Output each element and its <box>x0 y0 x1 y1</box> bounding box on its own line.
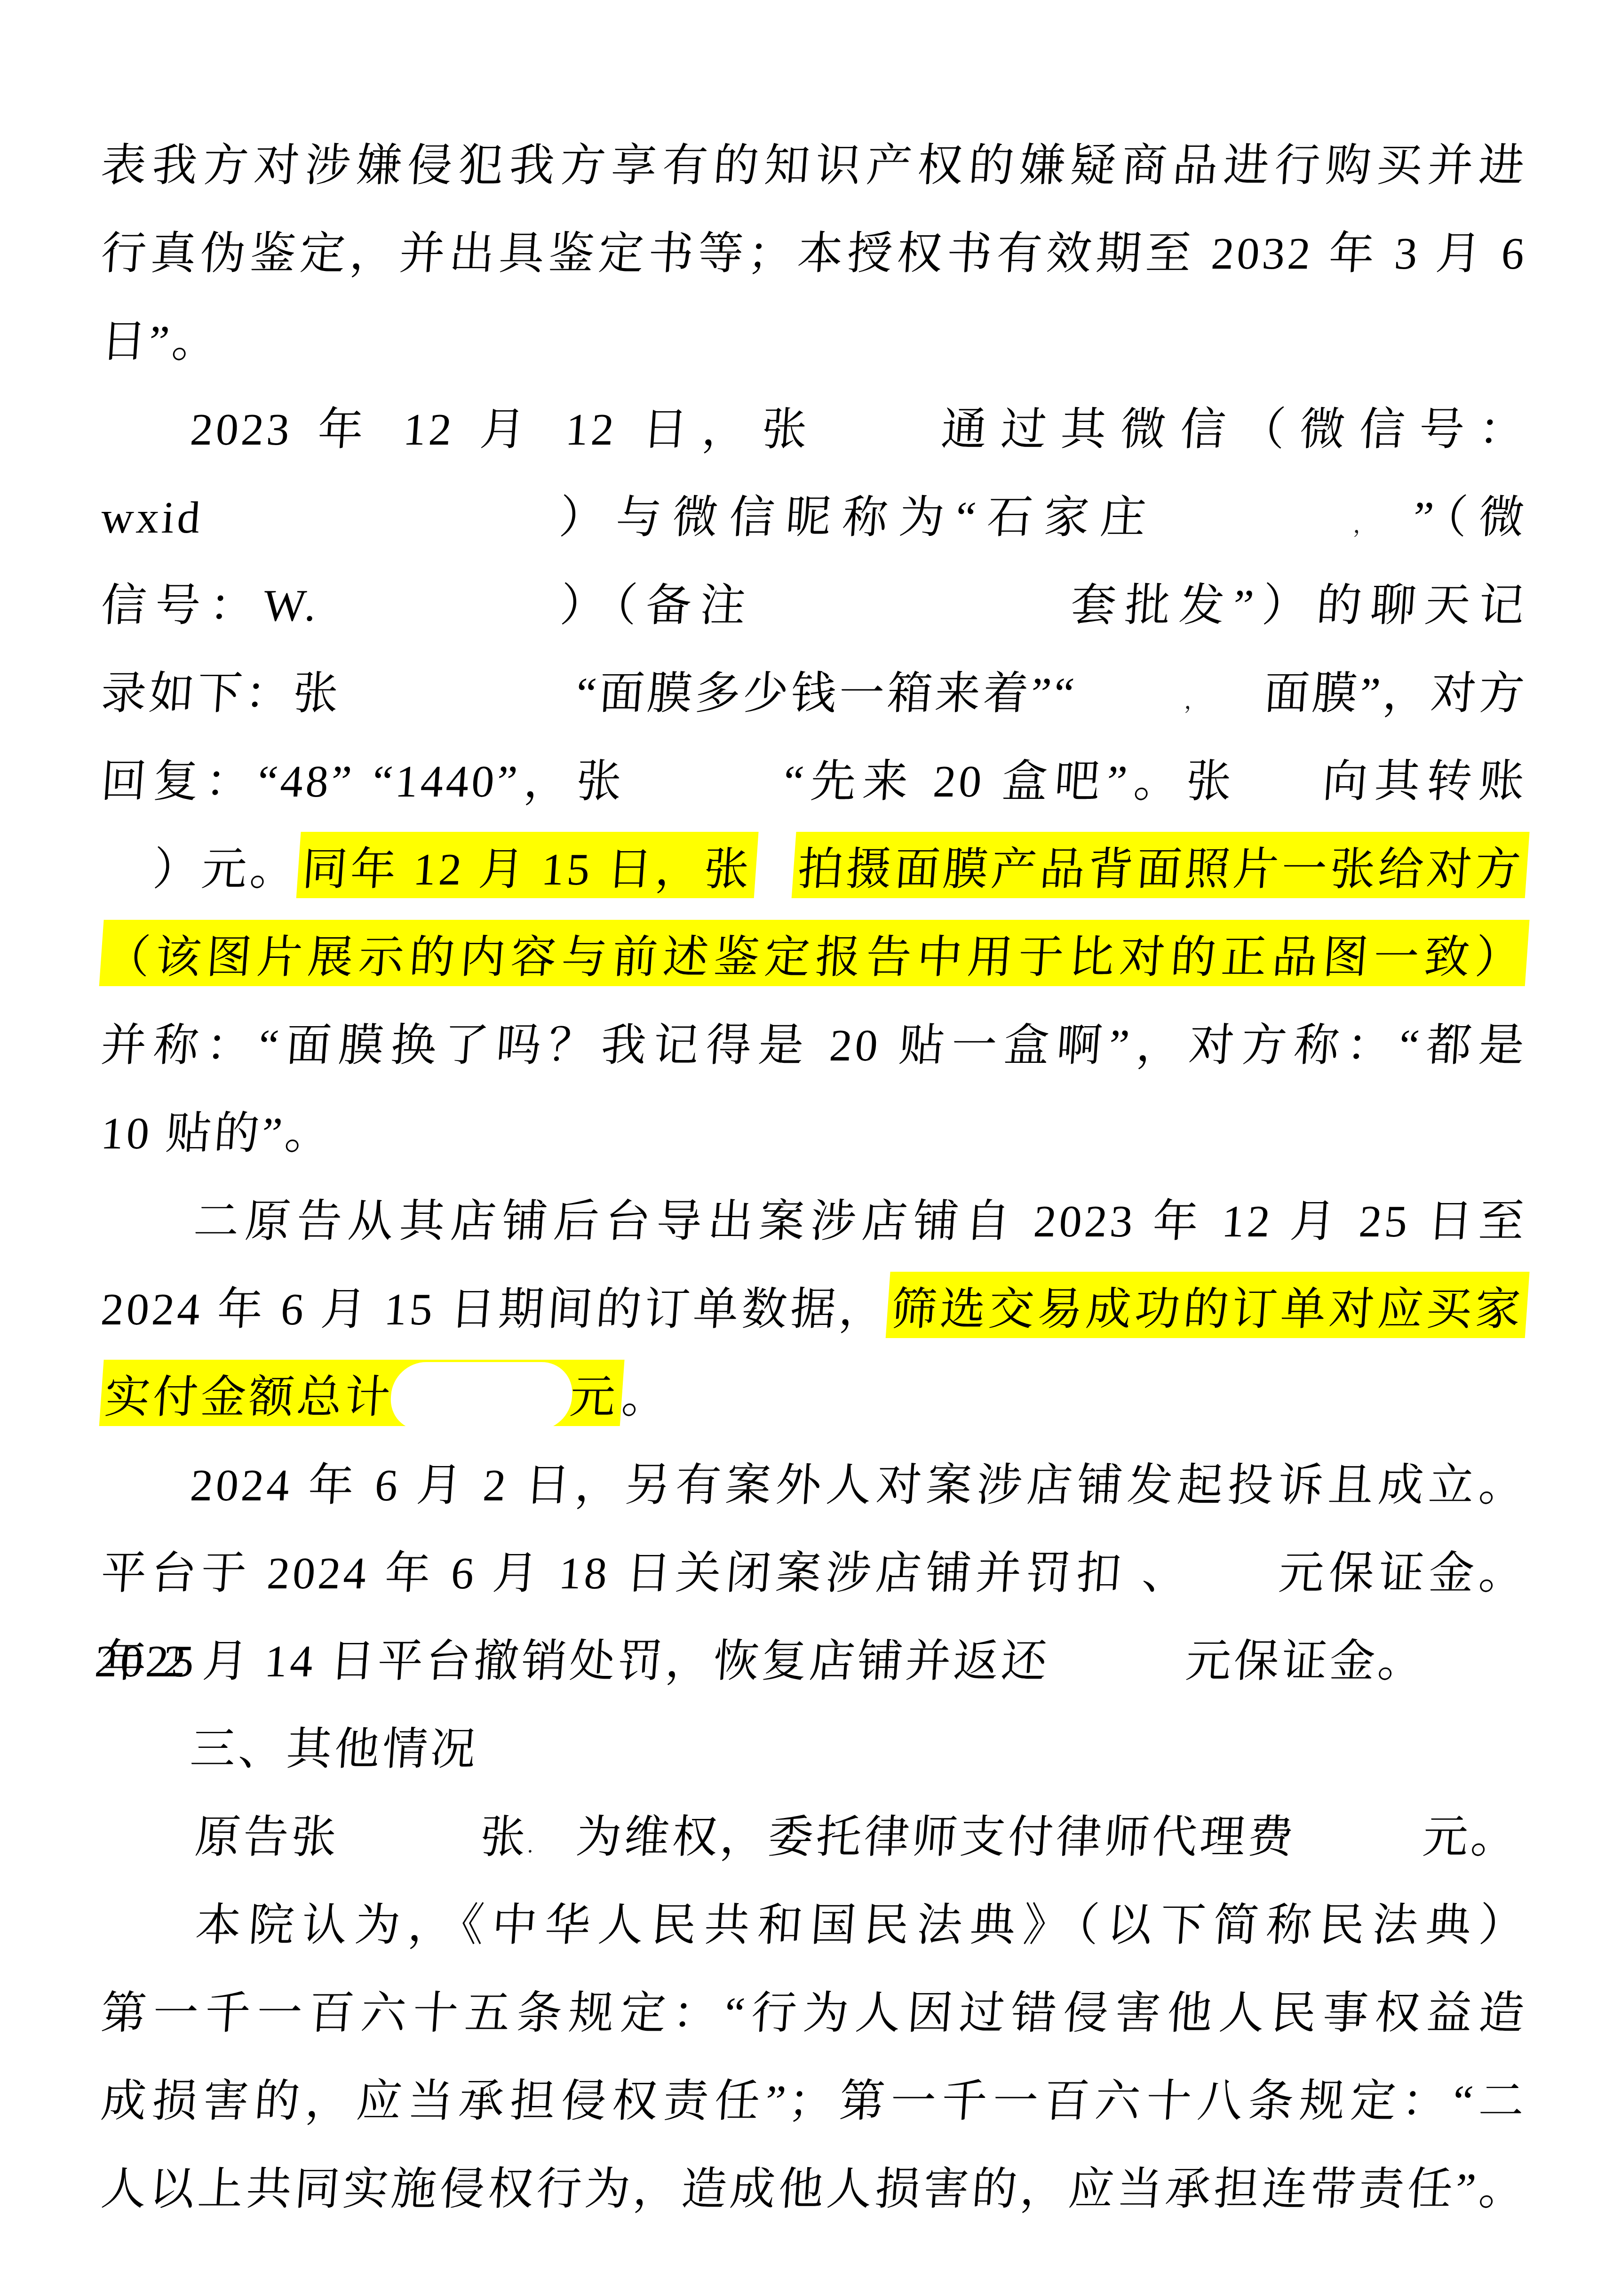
text-line: 本院认为，《中华人民共和国民法典》（以下简称民法典） <box>98 1881 1530 1969</box>
paragraph-indent <box>100 1937 190 1940</box>
text-segment: 2024 年 6 月 15 日期间的订单数据， <box>99 1284 890 1334</box>
residue-mark: ， <box>1344 513 1385 538</box>
text-line: 并称：“面膜换了吗？我记得是 20 贴一盒啊”，对方称：“都是 <box>98 1001 1530 1089</box>
redaction-gap <box>338 1849 480 1852</box>
redaction-gap <box>1207 705 1263 709</box>
text-line: 信号：W.）（备注套批发”）的聊天记 <box>98 561 1530 649</box>
text-line: 平台于 2024 年 6 月 18 日关闭案涉店铺并罚扣、元保证金。2025 <box>98 1529 1530 1617</box>
highlighted-text: 实付金额总计元 <box>99 1360 625 1426</box>
text-segment: 实付金额总计 <box>103 1372 394 1422</box>
text-segment: 成损害的，应当承担侵权责任”；第一千一百六十八条规定：“二 <box>99 2076 1528 2126</box>
text-line: 人以上共同实施侵权行为，造成他人损害的，应当承担连带责任”。 <box>98 2145 1530 2233</box>
redaction-gap <box>1191 1585 1276 1588</box>
redaction-gap <box>100 881 152 885</box>
text-segment: 元。 <box>1421 1812 1520 1862</box>
redaction-gap <box>1125 1585 1139 1588</box>
text-line: 2024 年 6 月 15 日期间的订单数据，筛选交易成功的订单对应买家 <box>98 1265 1530 1353</box>
text-line: 2023 年 12 月 12 日，张通过其微信（微信号： <box>98 385 1530 473</box>
text-segment: 2023 年 12 月 12 日，张 <box>189 404 823 454</box>
text-segment: ）与微信昵称为“石家庄 <box>549 492 1159 542</box>
text-line: （该图片展示的内容与前述鉴定报告中用于比对的正品图一致） <box>98 913 1530 1001</box>
text-segment: ”（微 <box>1412 492 1529 542</box>
residue-mark: . <box>527 1833 534 1858</box>
highlighted-text: 拍摄面膜产品背面照片一张给对方 <box>792 832 1530 898</box>
text-segment: 原告张 <box>193 1812 341 1862</box>
highlighted-text: 筛选交易成功的订单对应买家 <box>886 1272 1530 1338</box>
text-segment: 。 <box>620 1372 671 1422</box>
text-line: 实付金额总计元。 <box>98 1353 1530 1441</box>
redaction-gap <box>820 441 929 445</box>
text-segment: 第一千一百六十五条规定：“行为人因过错侵害他人民事权益造 <box>99 1988 1528 2038</box>
redaction-gap <box>1237 793 1318 797</box>
text-segment: 二原告从其店铺后台导出案涉店铺自 2023 年 12 月 25 日至 <box>189 1196 1528 1246</box>
text-line: 行真伪鉴定，并出具鉴定书等；本授权书有效期至 2032 年 3 月 6 <box>98 209 1530 297</box>
text-segment: 日”。 <box>99 316 222 367</box>
redaction-gap <box>1295 1849 1422 1852</box>
text-segment: ）元。 <box>151 844 300 894</box>
text-line: 二原告从其店铺后台导出案涉店铺自 2023 年 12 月 25 日至 <box>98 1177 1530 1265</box>
text-segment: 为维权，委托律师支付律师代理费 <box>574 1812 1297 1862</box>
text-segment: 通过其微信（微信号： <box>928 404 1529 454</box>
redaction-gap <box>753 617 1064 621</box>
text-segment: 年 2 月 14 日平台撤销处罚，恢复店铺并返还 <box>99 1636 1051 1686</box>
redaction-gap <box>628 793 783 797</box>
text-segment: 平台于 2024 年 6 月 18 日关闭案涉店铺并罚扣 <box>99 1548 1128 1598</box>
redaction-gap <box>1156 529 1345 533</box>
paragraph-indent <box>100 1761 190 1764</box>
text-segment: 10 贴的”。 <box>99 1108 334 1158</box>
text-line: 三、其他情况 <box>98 1705 1530 1793</box>
text-segment: 行真伪鉴定，并出具鉴定书等；本授权书有效期至 2032 年 3 月 6 <box>99 228 1528 279</box>
text-line: 成损害的，应当承担侵权责任”；第一千一百六十八条规定：“二 <box>98 2057 1530 2145</box>
text-line: 录如下：张“面膜多少钱一箱来着”“，面膜”，对方 <box>98 649 1530 737</box>
redaction-blob <box>389 1362 574 1430</box>
document-page: 表我方对涉嫌侵犯我方享有的知识产权的嫌疑商品进行购买并进 行真伪鉴定，并出具鉴定… <box>0 0 1621 2296</box>
section-heading: 三、其他情况 <box>189 1724 480 1774</box>
redaction-gap <box>202 529 550 533</box>
text-line: 第一千一百六十五条规定：“行为人因过错侵害他人民事权益造 <box>98 1969 1530 2057</box>
residue-mark: ， <box>1184 689 1208 714</box>
text-line: 2024 年 6 月 2 日，另有案外人对案涉店铺发起投诉且成立。 <box>98 1441 1530 1529</box>
text-line: 表我方对涉嫌侵犯我方享有的知识产权的嫌疑商品进行购买并进 <box>98 121 1530 209</box>
text-segment: 回复：“48” “1440”，张 <box>99 756 630 806</box>
paragraph-indent <box>100 1849 195 1852</box>
paragraph-indent <box>100 441 190 445</box>
text-segment: 元保证金。 <box>1184 1636 1427 1686</box>
redaction-gap <box>1384 529 1413 533</box>
text-line: 10 贴的”。 <box>98 1089 1530 1177</box>
text-segment: 张 <box>478 1812 530 1862</box>
text-segment: 、 <box>1138 1548 1194 1598</box>
text-line: 年 2 月 14 日平台撤销处罚，恢复店铺并返还元保证金。 <box>98 1617 1530 1705</box>
text-segment: “面膜多少钱一箱来着”“ <box>574 668 1079 718</box>
text-segment: “先来 20 盒吧”。张 <box>782 756 1240 806</box>
redaction-gap <box>318 617 554 621</box>
text-segment: 人以上共同实施侵权行为，造成他人损害的，应当承担连带责任”。 <box>99 2164 1528 2214</box>
redaction-gap <box>1049 1673 1185 1676</box>
redaction-gap <box>533 1849 576 1852</box>
redaction-gap <box>340 705 576 709</box>
highlighted-text: 同年 12 月 15 日，张 <box>296 832 758 898</box>
text-line: ）元。同年 12 月 15 日，张拍摄面膜产品背面照片一张给对方 <box>98 825 1530 913</box>
text-line: 回复：“48” “1440”，张“先来 20 盒吧”。张向其转账 <box>98 737 1530 825</box>
redaction-gap <box>755 881 793 885</box>
text-segment: 并称：“面膜换了吗？我记得是 20 贴一盒啊”，对方称：“都是 <box>99 1020 1528 1070</box>
highlighted-text: （该图片展示的内容与前述鉴定报告中用于比对的正品图一致） <box>99 920 1530 986</box>
text-segment: 向其转账 <box>1317 756 1529 806</box>
text-line: 日”。 <box>98 297 1530 385</box>
text-segment: wxid <box>99 492 204 542</box>
text-segment: 本院认为，《中华人民共和国民法典》（以下简称民法典） <box>189 1900 1528 1950</box>
text-segment: ）（备注 <box>552 580 756 630</box>
paragraph-indent <box>100 1497 190 1500</box>
text-segment: 表我方对涉嫌侵犯我方享有的知识产权的嫌疑商品进行购买并进 <box>99 140 1528 191</box>
text-segment: 录如下：张 <box>99 668 343 718</box>
text-segment: 套批发”）的聊天记 <box>1063 580 1529 630</box>
redaction-gap <box>1076 705 1184 709</box>
text-segment: 2024 年 6 月 2 日，另有案外人对案涉店铺发起投诉且成立。 <box>189 1460 1528 1510</box>
text-segment: 面膜”，对方 <box>1263 668 1529 718</box>
text-line: 原告张张.为维权，委托律师支付律师代理费元。 <box>98 1793 1530 1881</box>
text-segment: 元 <box>568 1372 620 1422</box>
paragraph-indent <box>100 1233 190 1236</box>
text-line: wxid）与微信昵称为“石家庄，”（微 <box>98 473 1530 561</box>
text-segment: 信号：W. <box>99 580 321 630</box>
